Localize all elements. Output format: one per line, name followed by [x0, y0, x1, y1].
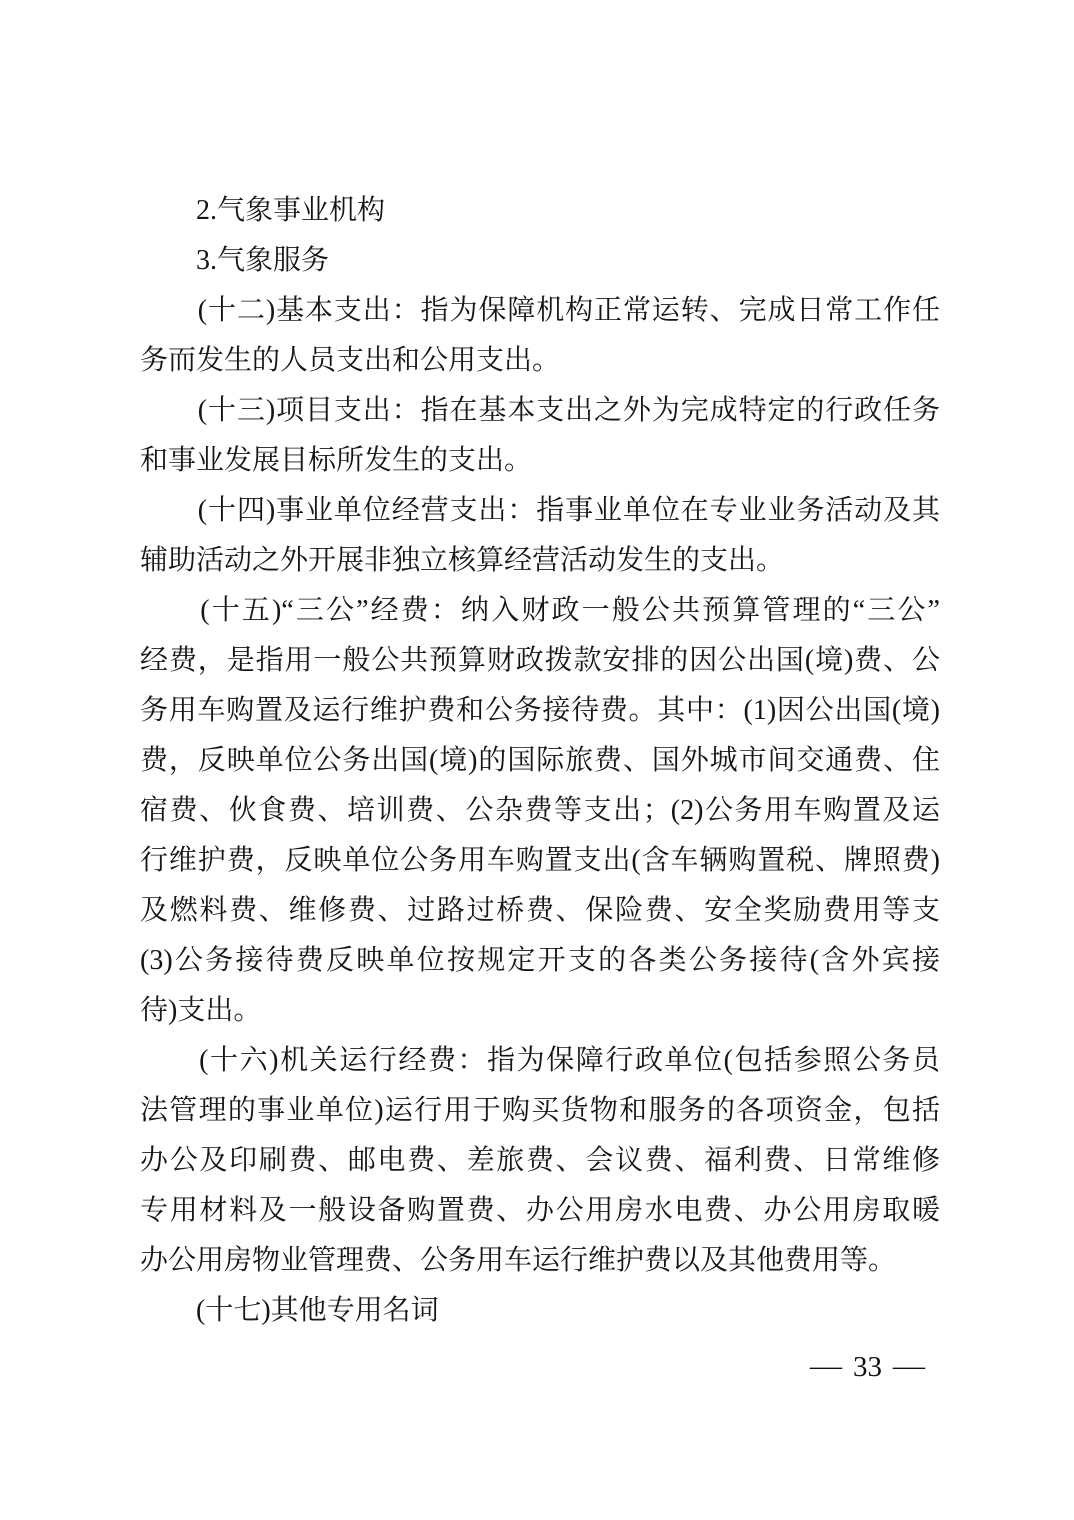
document-body: 2.气象事业机构 3.气象服务 (十二)基本支出：指为保障机构正常运转、完成日常… [140, 186, 940, 1336]
document-line: 行维护费，反映单位公务用车购置支出(含车辆购置税、牌照费) [140, 836, 940, 886]
document-line: 办公用房物业管理费、公务用车运行维护费以及其他费用等。 [140, 1236, 940, 1286]
document-line: 宿费、伙食费、培训费、公杂费等支出；(2)公务用车购置及运 [140, 786, 940, 836]
page-number-dash-left: — [810, 1344, 842, 1390]
document-line: (十五)“三公”经费：纳入财政一般公共预算管理的“三公” [140, 586, 940, 636]
document-line: 法管理的事业单位)运行用于购买货物和服务的各项资金，包括 [140, 1086, 940, 1136]
document-line: 和事业发展目标所发生的支出。 [140, 436, 940, 486]
document-line: 2.气象事业机构 [140, 186, 940, 236]
document-line: 经费，是指用一般公共预算财政拨款安排的因公出国(境)费、公 [140, 636, 940, 686]
document-line: 务而发生的人员支出和公用支出。 [140, 336, 940, 386]
document-line: (十四)事业单位经营支出：指事业单位在专业业务活动及其 [140, 486, 940, 536]
page-number: 33 [853, 1344, 882, 1390]
document-line: (十六)机关运行经费：指为保障行政单位(包括参照公务员 [140, 1036, 940, 1086]
document-line: 费，反映单位公务出国(境)的国际旅费、国外城市间交通费、住 [140, 736, 940, 786]
document-line: (3)公务接待费反映单位按规定开支的各类公务接待(含外宾接 [140, 936, 940, 986]
document-line: 专用材料及一般设备购置费、办公用房水电费、办公用房取暖费、 [140, 1186, 940, 1236]
document-line: 待)支出。 [140, 986, 940, 1036]
document-line: 3.气象服务 [140, 236, 940, 286]
page-number-dash-right: — [893, 1344, 925, 1390]
document-line: (十二)基本支出：指为保障机构正常运转、完成日常工作任 [140, 286, 940, 336]
document-page: 2.气象事业机构 3.气象服务 (十二)基本支出：指为保障机构正常运转、完成日常… [0, 0, 1074, 1520]
document-line: 辅助活动之外开展非独立核算经营活动发生的支出。 [140, 536, 940, 586]
document-line: (十七)其他专用名词 [140, 1286, 940, 1336]
page-footer: — 33 — [812, 1344, 923, 1390]
document-line: (十三)项目支出：指在基本支出之外为完成特定的行政任务 [140, 386, 940, 436]
document-line: 及燃料费、维修费、过路过桥费、保险费、安全奖励费用等支出； [140, 886, 940, 936]
document-line: 办公及印刷费、邮电费、差旅费、会议费、福利费、日常维修费、 [140, 1136, 940, 1186]
document-line: 务用车购置及运行维护费和公务接待费。其中：(1)因公出国(境) [140, 686, 940, 736]
